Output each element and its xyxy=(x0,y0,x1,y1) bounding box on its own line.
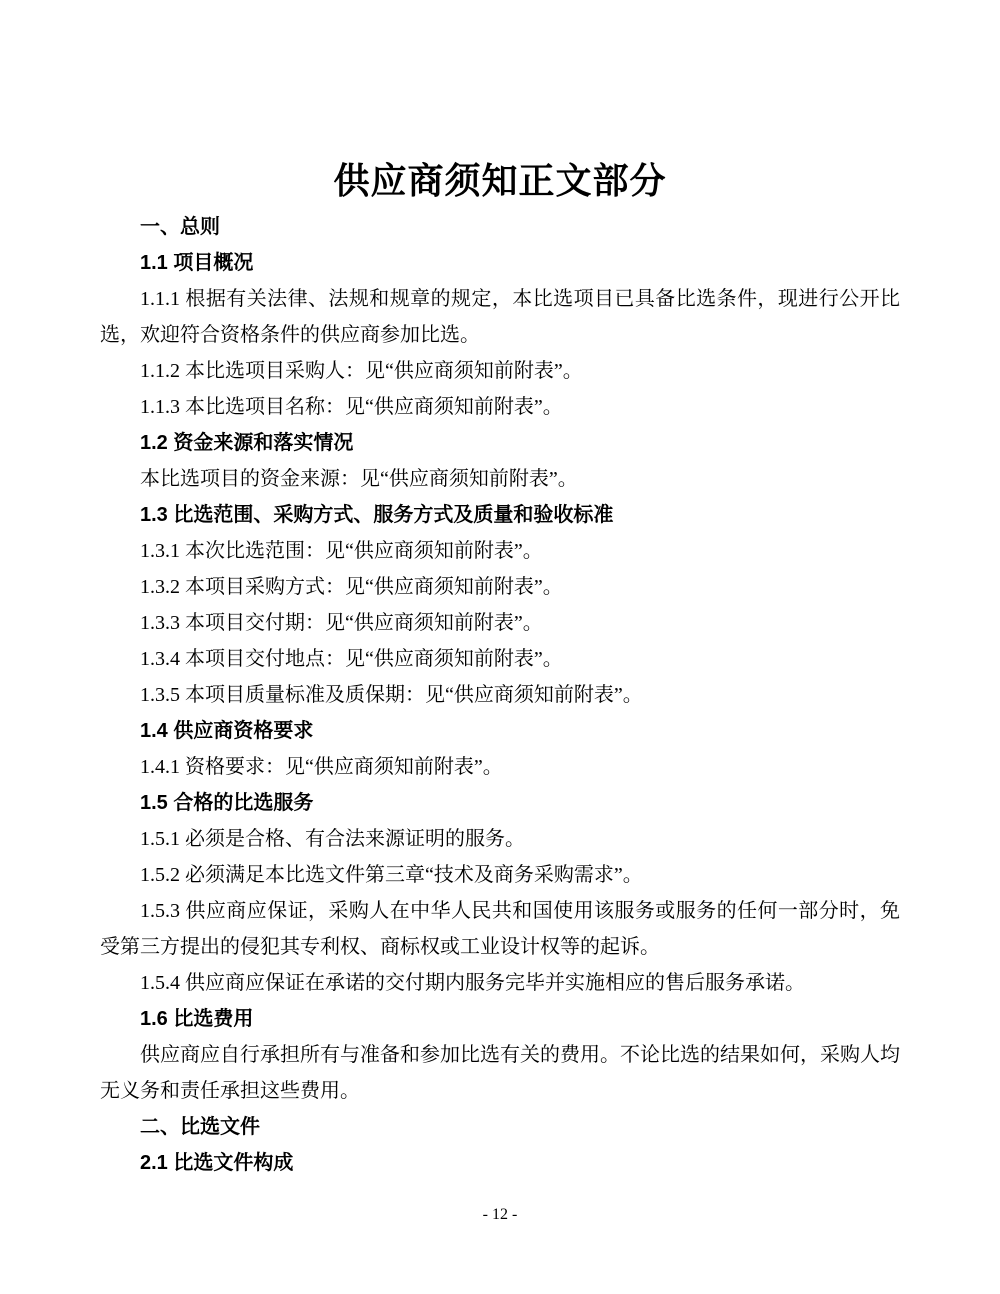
body-paragraph: 1.1.3 本比选项目名称：见“供应商须知前附表”。 xyxy=(100,389,900,425)
section-heading: 二、比选文件 xyxy=(100,1109,900,1145)
body-paragraph: 1.5.1 必须是合格、有合法来源证明的服务。 xyxy=(100,821,900,857)
subsection-heading: 1.2 资金来源和落实情况 xyxy=(100,425,900,461)
body-paragraph: 1.3.5 本项目质量标准及质保期：见“供应商须知前附表”。 xyxy=(100,677,900,713)
document-page: 供应商须知正文部分 一、总则 1.1 项目概况 1.1.1 根据有关法律、法规和… xyxy=(0,0,1000,1294)
subsection-heading: 1.5 合格的比选服务 xyxy=(100,785,900,821)
body-paragraph: 本比选项目的资金来源：见“供应商须知前附表”。 xyxy=(100,461,900,497)
body-paragraph: 1.5.2 必须满足本比选文件第三章“技术及商务采购需求”。 xyxy=(100,857,900,893)
body-paragraph: 1.5.3 供应商应保证，采购人在中华人民共和国使用该服务或服务的任何一部分时，… xyxy=(100,893,900,965)
body-paragraph: 1.3.1 本次比选范围：见“供应商须知前附表”。 xyxy=(100,533,900,569)
document-body: 一、总则 1.1 项目概况 1.1.1 根据有关法律、法规和规章的规定，本比选项… xyxy=(100,209,900,1181)
body-paragraph: 1.3.2 本项目采购方式：见“供应商须知前附表”。 xyxy=(100,569,900,605)
body-paragraph: 供应商应自行承担所有与准备和参加比选有关的费用。不论比选的结果如何，采购人均无义… xyxy=(100,1037,900,1109)
body-paragraph: 1.1.2 本比选项目采购人：见“供应商须知前附表”。 xyxy=(100,353,900,389)
subsection-heading: 1.1 项目概况 xyxy=(100,245,900,281)
body-paragraph: 1.4.1 资格要求：见“供应商须知前附表”。 xyxy=(100,749,900,785)
body-paragraph: 1.5.4 供应商应保证在承诺的交付期内服务完毕并实施相应的售后服务承诺。 xyxy=(100,965,900,1001)
body-paragraph: 1.3.4 本项目交付地点：见“供应商须知前附表”。 xyxy=(100,641,900,677)
subsection-heading: 1.6 比选费用 xyxy=(100,1001,900,1037)
body-paragraph: 1.3.3 本项目交付期：见“供应商须知前附表”。 xyxy=(100,605,900,641)
subsection-heading: 1.4 供应商资格要求 xyxy=(100,713,900,749)
document-title: 供应商须知正文部分 xyxy=(0,0,1000,203)
body-paragraph: 1.1.1 根据有关法律、法规和规章的规定，本比选项目已具备比选条件，现进行公开… xyxy=(100,281,900,353)
subsection-heading: 1.3 比选范围、采购方式、服务方式及质量和验收标准 xyxy=(100,497,900,533)
section-heading: 一、总则 xyxy=(100,209,900,245)
page-number: - 12 - xyxy=(0,1204,1000,1226)
subsection-heading: 2.1 比选文件构成 xyxy=(100,1145,900,1181)
